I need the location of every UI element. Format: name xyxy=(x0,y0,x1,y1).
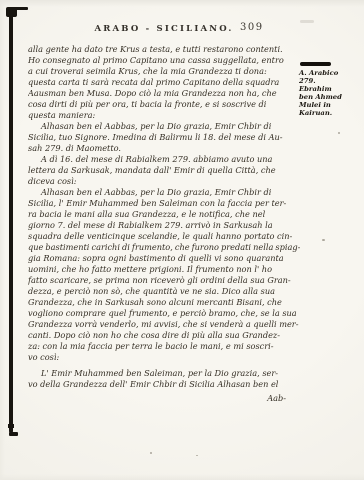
margin-note-line: A. Arabico xyxy=(299,69,361,77)
text-line: gia Romana: sopra ogni bastimento di que… xyxy=(28,253,300,264)
text-line: ra bacia le mani alla sua Grandezza, e l… xyxy=(28,209,300,220)
scanned-page: ARABO - SICILIANO. 309 A. Arabico279.Ebr… xyxy=(0,0,364,480)
text-line: canti. Dopo ciò non ho che cosa dire di … xyxy=(28,330,300,341)
text-line: alla gente ha dato tre Krus a testa, e t… xyxy=(28,44,300,55)
text-line: Sicilia, l' Emir Muhammed ben Saleiman c… xyxy=(28,198,300,209)
scan-speck xyxy=(322,239,325,241)
scan-artifact-bottom-tick xyxy=(8,424,14,428)
text-line: Grandezza vorrà venderlo, mi avvisi, che… xyxy=(28,319,300,330)
text-line: questa carta ti sarà recata dal primo Ca… xyxy=(28,77,300,88)
text-line: lettera da Sarkusak, mandata dall' Emir … xyxy=(28,165,300,176)
margin-note-line: ben Ahmed xyxy=(299,93,361,101)
text-line: diceva così: xyxy=(28,176,300,187)
text-line: a cui troverai seimila Krus, che la mia … xyxy=(28,66,300,77)
text-line: fatto scaricare, se prima non riceverò g… xyxy=(28,275,300,286)
text-line: Grandezza, che in Sarkusah sono alcuni m… xyxy=(28,297,300,308)
scan-speck xyxy=(150,452,152,454)
text-line: L' Emir Muhammed ben Saleiman, per la Di… xyxy=(28,368,300,379)
body-text: alla gente ha dato tre Krus a testa, e t… xyxy=(28,44,300,390)
margin-note-line: Kairuan. xyxy=(299,109,361,117)
margin-note: A. Arabico279.Ebrahimben AhmedMulei inKa… xyxy=(299,69,361,117)
text-line: Ho consegnato al primo Capitano una cass… xyxy=(28,55,300,66)
text-line: questa maniera: xyxy=(28,110,300,121)
text-line: za: con la mia faccia per terra le bacio… xyxy=(28,341,300,352)
catchword: Aab- xyxy=(267,393,286,403)
text-line: dezza, e perciò non sò, che quantità ve … xyxy=(28,286,300,297)
scan-artifact-top-tick xyxy=(8,7,28,10)
text-line: Alhasan ben el Aabbas, per la Dio grazia… xyxy=(28,121,300,132)
text-line: sah 279. di Maometto. xyxy=(28,143,300,154)
page-number: 309 xyxy=(240,22,280,33)
text-line: Sicilia, tuo Signore. Imedina di Balirmu… xyxy=(28,132,300,143)
scan-artifact-left-bar xyxy=(9,13,13,433)
margin-note-rule xyxy=(300,62,331,66)
text-line: vogliono comprare quel frumento, e perci… xyxy=(28,308,300,319)
text-line: vo della Grandezza dell' Emir Chbir di S… xyxy=(28,379,300,390)
text-line: Alhasan ben el Aabbas, per la Dio grazia… xyxy=(28,187,300,198)
text-line: giorno 7. del mese di Rabialkem 279. arr… xyxy=(28,220,300,231)
text-line: que bastimenti carichi di frumento, che … xyxy=(28,242,300,253)
catchword-row: Aab- xyxy=(28,393,286,403)
margin-note-line: Mulei in xyxy=(299,101,361,109)
margin-note-line: 279. xyxy=(299,77,361,85)
scan-artifact-bottom-tick2 xyxy=(9,432,18,436)
text-line: squadra delle venticinque scelandie, le … xyxy=(28,231,300,242)
text-line: Aausman ben Musa. Dopo ciò la mia Grande… xyxy=(28,88,300,99)
scan-speck xyxy=(338,132,340,134)
scan-smudge xyxy=(300,20,314,23)
margin-note-line: Ebrahim xyxy=(299,85,361,93)
scan-speck xyxy=(196,455,198,456)
text-line: A dì 16. del mese di Rabialkem 279. abbi… xyxy=(28,154,300,165)
text-line: vo così: xyxy=(28,352,300,363)
text-line: uomini, che ho fatto mettere prigioni. I… xyxy=(28,264,300,275)
text-line: cosa dirti di più per ora, ti bacia la f… xyxy=(28,99,300,110)
